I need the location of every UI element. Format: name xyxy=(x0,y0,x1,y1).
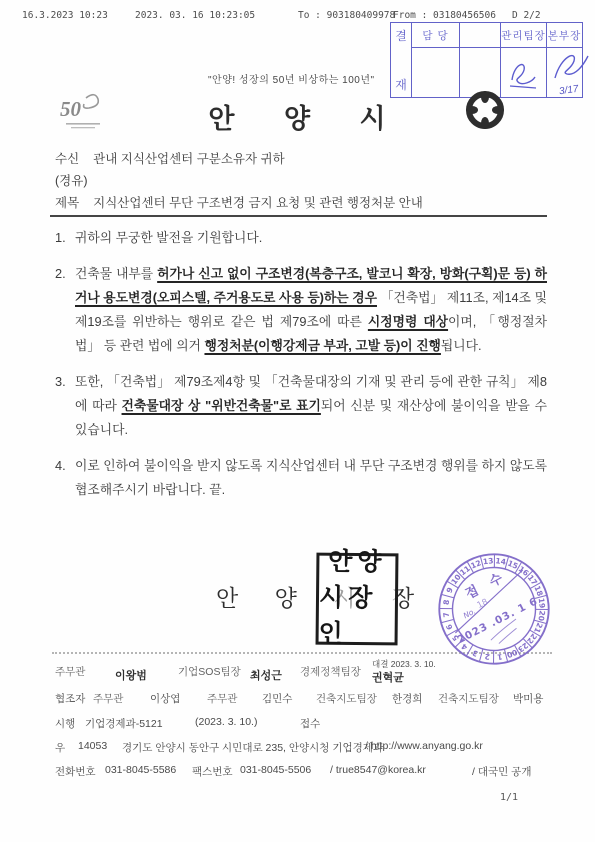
subject-label: 제목 xyxy=(55,196,79,210)
paragraph-text: 또한, 「건축법」 제79조제4항 및 「건축물대장의 기재 및 관리 등에 관… xyxy=(75,370,547,442)
fax-sender-datetime: 16.3.2023 10:23 xyxy=(22,10,108,21)
approval-col-blank xyxy=(459,23,500,48)
approver3-name: 권혁균 xyxy=(372,669,404,685)
approval-col-manager: 관리팀장 xyxy=(500,23,546,48)
tel-label: 전화번호 xyxy=(55,764,96,779)
paragraph-text: 귀하의 무궁한 발전을 기원합니다. xyxy=(75,226,547,250)
seal-text-line2: 시장인 xyxy=(318,581,395,654)
approval-label: 결 재 xyxy=(391,23,412,97)
anniversary-50-logo-icon: 50 xyxy=(58,92,110,134)
subject-line: 제목지식산업센터 무단 구조변경 금지 요청 및 관련 행정처분 안내 xyxy=(55,192,423,214)
city-slogan: "안양! 성장의 50년 비상하는 100년" xyxy=(208,71,375,86)
recipient-block: 수신관내 지식산업센터 구분소유자 귀하 (경유) 제목지식산업센터 무단 구조… xyxy=(55,148,423,214)
email-address[interactable]: / true8547@korea.kr xyxy=(330,764,426,776)
page-number: 1/1 xyxy=(500,792,518,803)
header-divider xyxy=(50,215,547,217)
paragraph-number: 4. xyxy=(55,454,75,502)
recipient-label: 수신 xyxy=(55,152,79,166)
paragraph: 3.또한, 「건축법」 제79조제4항 및 「건축물대장의 기재 및 관리 등에… xyxy=(55,370,547,442)
seal-text-line1: 안양 xyxy=(328,545,387,582)
svg-text:2: 2 xyxy=(484,652,490,662)
subject-value: 지식산업센터 무단 구조변경 금지 요청 및 관련 행정처분 안내 xyxy=(93,196,423,210)
svg-text:1: 1 xyxy=(497,652,503,662)
coop3-name: 한경희 xyxy=(392,691,422,706)
document-title: 안 양 시 xyxy=(148,97,448,136)
tel-number: 031-8045-5586 xyxy=(105,764,176,776)
fax-page-indicator: D 2/2 xyxy=(512,10,541,21)
paragraph-number: 3. xyxy=(55,370,75,442)
via-line: (경유) xyxy=(55,170,423,192)
coop3-title: 건축지도팀장 xyxy=(316,691,377,706)
fax-from-number: From : 03180456506 xyxy=(393,10,496,21)
receipt-stamp: 접 수 No. 18 2023 .03. 1 6 001234567891011… xyxy=(405,520,583,698)
svg-text:14: 14 xyxy=(495,556,507,566)
paragraph-number: 1. xyxy=(55,226,75,250)
address: 경기도 안양시 동안구 시민대로 235, 안양시청 기업경제과 xyxy=(122,740,383,755)
cooperators-label: 협조자 xyxy=(55,691,85,706)
disclosure-level: / 대국민 공개 xyxy=(472,764,531,779)
approval-col-director: 본부장 xyxy=(546,23,582,48)
svg-text:3: 3 xyxy=(471,648,479,658)
coop1-title: 주무관 xyxy=(93,691,123,706)
svg-text:9: 9 xyxy=(445,586,455,594)
svg-text:13: 13 xyxy=(482,556,494,566)
approver1-name: 이왕범 xyxy=(115,667,147,683)
zip-label: 우 xyxy=(55,740,65,755)
paragraph-text: 이로 인하여 불이익을 받지 않도록 지식산업센터 내 무단 구조변경 행위를 … xyxy=(75,454,547,502)
paragraph-text: 건축물 내부를 허가나 신고 없이 구조변경(복층구조, 발코니 확장, 방화(… xyxy=(75,262,547,358)
coop4-name: 박미용 xyxy=(513,691,543,706)
approver1-title: 주무관 xyxy=(55,664,85,679)
approval-col-damdang: 담 당 xyxy=(412,23,459,48)
approver3-title: 경제정책팀장 xyxy=(300,664,361,679)
fax-timestamp: 2023. 03. 16 10:23:05 xyxy=(135,10,255,21)
svg-text:8: 8 xyxy=(442,599,452,605)
fax-document-page: 16.3.2023 10:23 2023. 03. 16 10:23:05 To… xyxy=(0,0,595,842)
document-body: 1.귀하의 무궁한 발전을 기원합니다.2.건축물 내부를 허가나 신고 없이 … xyxy=(55,226,547,514)
approval-char-1: 결 xyxy=(395,27,407,44)
stamp-no-label: No. xyxy=(462,607,477,621)
svg-text:6: 6 xyxy=(444,623,454,631)
city-emblem-icon xyxy=(462,87,508,133)
svg-text:19: 19 xyxy=(537,597,547,609)
exec-label: 시행 xyxy=(55,716,75,731)
fax-to-number: To : 903180409978 xyxy=(298,10,395,21)
recipient-value: 관내 지식산업센터 구분소유자 귀하 xyxy=(93,152,285,166)
approver2-title: 기업SOS팀장 xyxy=(178,664,241,679)
approval-char-2: 재 xyxy=(395,76,407,93)
anniversary-50-text: 50 xyxy=(60,97,82,121)
fax-number: 031-8045-5506 xyxy=(240,764,311,776)
svg-text:7: 7 xyxy=(441,612,451,618)
receipt-label: 접수 xyxy=(300,716,320,731)
svg-text:20: 20 xyxy=(536,610,546,622)
handwritten-date: 3/17 xyxy=(558,84,579,98)
zip-code: 14053 xyxy=(78,740,107,752)
exec-doc-number: 기업경제과-5121 xyxy=(85,716,163,731)
approval-cell-empty-1 xyxy=(412,48,459,97)
coop2-title: 주무관 xyxy=(207,691,237,706)
website-link[interactable]: / http://www.anyang.go.kr xyxy=(365,740,483,752)
official-seal: 안양 시장인 xyxy=(316,553,399,646)
paragraph: 4.이로 인하여 불이익을 받지 않도록 지식산업센터 내 무단 구조변경 행위… xyxy=(55,454,547,502)
paragraph-number: 2. xyxy=(55,262,75,358)
approval-cell-director-signature: 3/17 xyxy=(546,48,582,97)
fax-label: 팩스번호 xyxy=(192,764,233,779)
paragraph: 1.귀하의 무궁한 발전을 기원합니다. xyxy=(55,226,547,250)
approver2-name: 최성근 xyxy=(250,667,282,683)
paragraph: 2.건축물 내부를 허가나 신고 없이 구조변경(복층구조, 발코니 확장, 방… xyxy=(55,262,547,358)
receipt-stamp-icon: 접 수 No. 18 2023 .03. 1 6 001234567891011… xyxy=(405,520,583,698)
signature-scribble-icon xyxy=(502,50,546,96)
coop2-name: 김민수 xyxy=(262,691,292,706)
exec-date: (2023. 3. 10.) xyxy=(195,716,257,728)
coop1-name: 이상엽 xyxy=(150,691,180,706)
recipient-line: 수신관내 지식산업센터 구분소유자 귀하 xyxy=(55,148,423,170)
